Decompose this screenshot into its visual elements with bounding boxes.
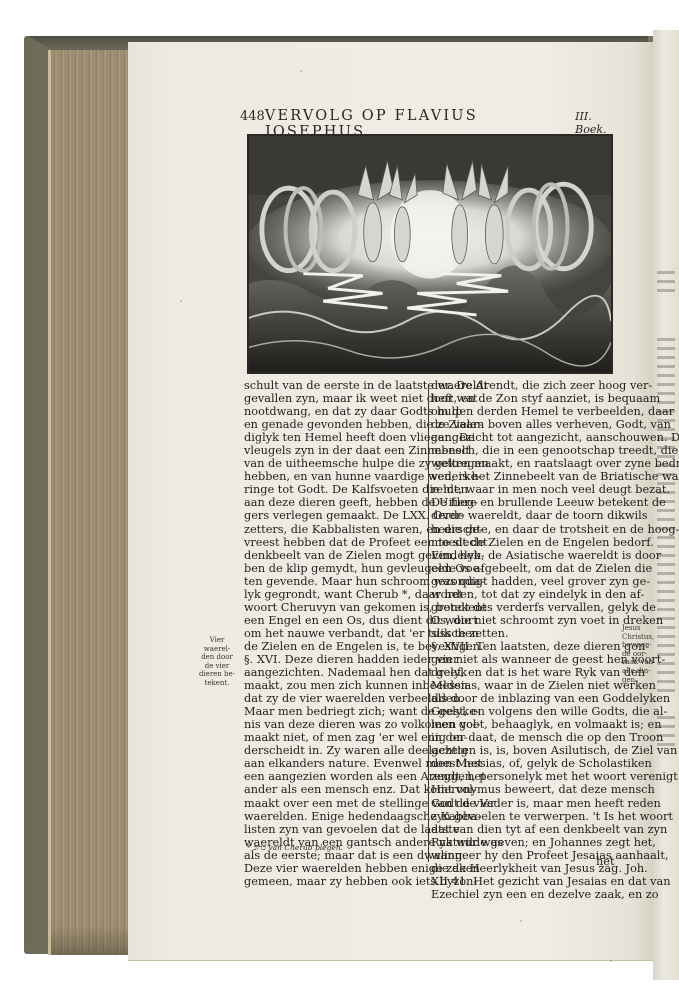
- marginal-line: gen.: [622, 676, 656, 685]
- text-line: vleugels zyn in der daat een Zinnebeelt: [244, 444, 428, 457]
- text-line: gemeen, maar zy hebben ook iets byzon-: [244, 875, 428, 888]
- text-line: der. De Arendt, die zich zeer hoog ver-: [431, 379, 619, 392]
- text-line: gen niet als wanneer de geest hen voort-: [431, 653, 619, 666]
- text-line: om het nauwe verbandt, dat 'er tusschen: [244, 627, 428, 640]
- text-column-right: der. De Arendt, die zich zeer hoog ver-h…: [431, 379, 619, 901]
- text-line: maakt niet, of men zag 'er wel enig on-: [244, 731, 428, 744]
- text-line: ten gevende. Maar hun schroom was qua-: [244, 575, 428, 588]
- text-column-left: schult van de eerste in de laatste waere…: [244, 379, 428, 888]
- text-line: nis van deze dieren was zo volkomen vol-: [244, 718, 428, 731]
- text-line: gezondigt hadden, veel grover zyn ge-: [431, 575, 619, 588]
- marginal-line: alle din-: [622, 667, 656, 676]
- marginal-line: de vier: [196, 662, 238, 671]
- marginal-line: bewege-: [622, 641, 656, 650]
- text-line: maakt over een met de stellinge van de v…: [244, 797, 428, 810]
- text-line: hebben, en van hunne vaardige wederke-: [244, 470, 428, 483]
- text-line: zeggen, personelyk met het woort verenig…: [431, 770, 619, 783]
- text-line: nootdwang, en dat zy daar Godts hulp: [244, 405, 428, 418]
- text-line: dreef, en dat is het ware Ryk van den: [431, 666, 619, 679]
- text-line: slik te zetten.: [431, 627, 619, 640]
- text-line: Os, die niet schroomt zyn voet in dreken: [431, 614, 619, 627]
- text-line: zyn gevoelen te verwerpen. 't Is het woo…: [431, 810, 619, 823]
- text-line: een Engel en een Os, dus dient dit woort: [244, 614, 428, 627]
- text-line: §. XVII. Ten laatsten, deze dieren gon-: [431, 640, 619, 653]
- text-line: XII 41. Het gezicht van Jesaias en dat v…: [431, 875, 619, 888]
- text-line: worden, tot dat zy eindelyk in den af-: [431, 588, 619, 601]
- catchword: het: [596, 855, 615, 868]
- text-line: Ezechiel zyn een en dezelve zaak, en zo: [431, 888, 619, 901]
- marginal-line: waerel-: [196, 645, 238, 654]
- text-line: zetters, die Kabbalisten waren, en die g…: [244, 523, 428, 536]
- text-line: heft, en de Zon styf aanziet, is bequaam: [431, 392, 619, 405]
- text-line: reldt, waar in men noch veel deugt bezat…: [431, 483, 619, 496]
- text-line: waerelden. Enige hedendaagsche Kabba-: [244, 810, 428, 823]
- text-line: wetten maakt, en raatslaagt over zyne be…: [431, 457, 619, 470]
- text-line: Deze vier waerelden hebben enige zaken: [244, 862, 428, 875]
- cherubim-engraving-illustration: [249, 136, 611, 372]
- marginal-line: zaak van: [622, 658, 656, 667]
- text-line: om den derden Hemel te verbeelden, daar: [431, 405, 619, 418]
- text-line: moedt de Zielen en de Engelen bedorf.: [431, 536, 619, 549]
- text-line: aangezicht tot aangezicht, aanschouwen. …: [431, 431, 619, 444]
- text-line: woort Cheruvyn van gekomen is, betekent: [244, 601, 428, 614]
- marginal-line: Vier: [196, 636, 238, 645]
- marginal-line: dieren be-: [196, 670, 238, 679]
- text-line: de Zielen boven alles verheven, Godt, va…: [431, 418, 619, 431]
- page-number: 448: [240, 109, 265, 124]
- marginal-line: tekent.: [196, 679, 238, 688]
- text-line: gezeten is, is, boven Asilutisch, de Zie…: [431, 744, 619, 757]
- text-line: ander als een mensch enz. Dat komt vol-: [244, 783, 428, 796]
- text-line: schult van de eerste in de laatste waere…: [244, 379, 428, 392]
- engraving-plate: [247, 134, 613, 374]
- text-line: maakt, zou men zich kunnen inbeelden: [244, 679, 428, 692]
- marginal-line: Jesus: [622, 624, 656, 633]
- text-line: dat zy de vier waerelden verbeeldden.: [244, 692, 428, 705]
- text-line: in der daat, de mensch die op den Troon: [431, 731, 619, 744]
- text-line: De fiere en brullende Leeuw betekent de: [431, 496, 619, 509]
- text-line: listen zyn van gevoelen dat de laatste: [244, 823, 428, 836]
- text-line: die de Heerlykheit van Jesus zag. Joh.: [431, 862, 619, 875]
- text-line: leen goet, behaaglyk, en volmaakt is; en: [431, 718, 619, 731]
- text-line: denkbeelt van de Zielen mogt geven, heb-: [244, 549, 428, 562]
- text-line: een aangezien worden als een Arendt, het: [244, 770, 428, 783]
- text-line: aan deze dieren geeft, hebben de Uitleg-: [244, 496, 428, 509]
- text-line: aan elkanders nature. Evenwel moest het: [244, 757, 428, 770]
- text-line: lyk gegrondt, want Cherub *, daar het: [244, 588, 428, 601]
- footnote: * כרוב van Cherub plegen.: [247, 843, 343, 852]
- text-line: den Messias, of, gelyk de Scholastiken: [431, 757, 619, 770]
- text-line: mensch, die in een genootschap treedt, d…: [431, 444, 619, 457]
- text-line: dat van dien tyt af een denkbeelt van zy…: [431, 823, 619, 836]
- text-line: heerschte, en daar de trotsheit en de ho…: [431, 523, 619, 536]
- text-line: Ryk wilde geven; en Johannes zegt het,: [431, 836, 619, 849]
- text-line: ben de klip gemydt, hun gevleugelde voe-: [244, 562, 428, 575]
- marginal-note-right: JesusChristus,bewege-de oor-zaak vanalle…: [622, 624, 656, 684]
- marginal-line: Christus,: [622, 633, 656, 642]
- text-line: ringe tot Godt. De Kalfsvoeten die men: [244, 483, 428, 496]
- text-line: vreest hebben dat de Profeet een te slec…: [244, 536, 428, 549]
- text-line: derde waereldt, daar de toorn dikwils: [431, 509, 619, 522]
- book-reference: III. Boek.: [575, 110, 625, 136]
- text-line: diglyk ten Hemel heeft doen vliegen. De: [244, 431, 428, 444]
- text-line: wanneer hy den Profeet Jesaias aanhaalt,: [431, 849, 619, 862]
- marginal-note-left: Vierwaerel-den doorde vierdieren be-teke…: [196, 636, 238, 688]
- marginal-line: den door: [196, 653, 238, 662]
- text-line: Eindelyk, de Asiatische waereldt is door: [431, 549, 619, 562]
- text-line: van de uitheemsche hulpe die zy gekregen: [244, 457, 428, 470]
- column-divider-rule: [428, 384, 429, 862]
- text-line: derscheidt in. Zy waren alle deelachtig: [244, 744, 428, 757]
- text-line: gers verlegen gemaakt. De LXX. Over-: [244, 509, 428, 522]
- text-line: Maar men bedriegt zich; want de gelyke-: [244, 705, 428, 718]
- text-line: grondt des verderfs vervallen, gelyk de: [431, 601, 619, 614]
- text-line: Geest, en volgens den wille Godts, die a…: [431, 705, 619, 718]
- text-line: aangezichten. Nademaal hen dat gelyk: [244, 666, 428, 679]
- marginal-line: de oor-: [622, 650, 656, 659]
- text-line: Messias, waar in de Zielen niet werken: [431, 679, 619, 692]
- text-line: als door de inblazing van een Goddelyken: [431, 692, 619, 705]
- text-line: Hieronymus beweert, dat deze mensch: [431, 783, 619, 796]
- text-line: gevallen zyn, maar ik weet niet door wat: [244, 392, 428, 405]
- text-line: de Zielen en de Engelen is, te bevestige…: [244, 640, 428, 653]
- text-line: en genade gevonden hebben, die ze vaar-: [244, 418, 428, 431]
- page-block-fore-edge: [48, 50, 131, 955]
- text-line: §. XVI. Deze dieren hadden ieder vier: [244, 653, 428, 666]
- text-line: Godt de Vader is, maar men heeft reden: [431, 797, 619, 810]
- text-line: ven, is het Zinnebeelt van de Briatische…: [431, 470, 619, 483]
- text-line: een Os afgebeelt, om dat de Zielen die: [431, 562, 619, 575]
